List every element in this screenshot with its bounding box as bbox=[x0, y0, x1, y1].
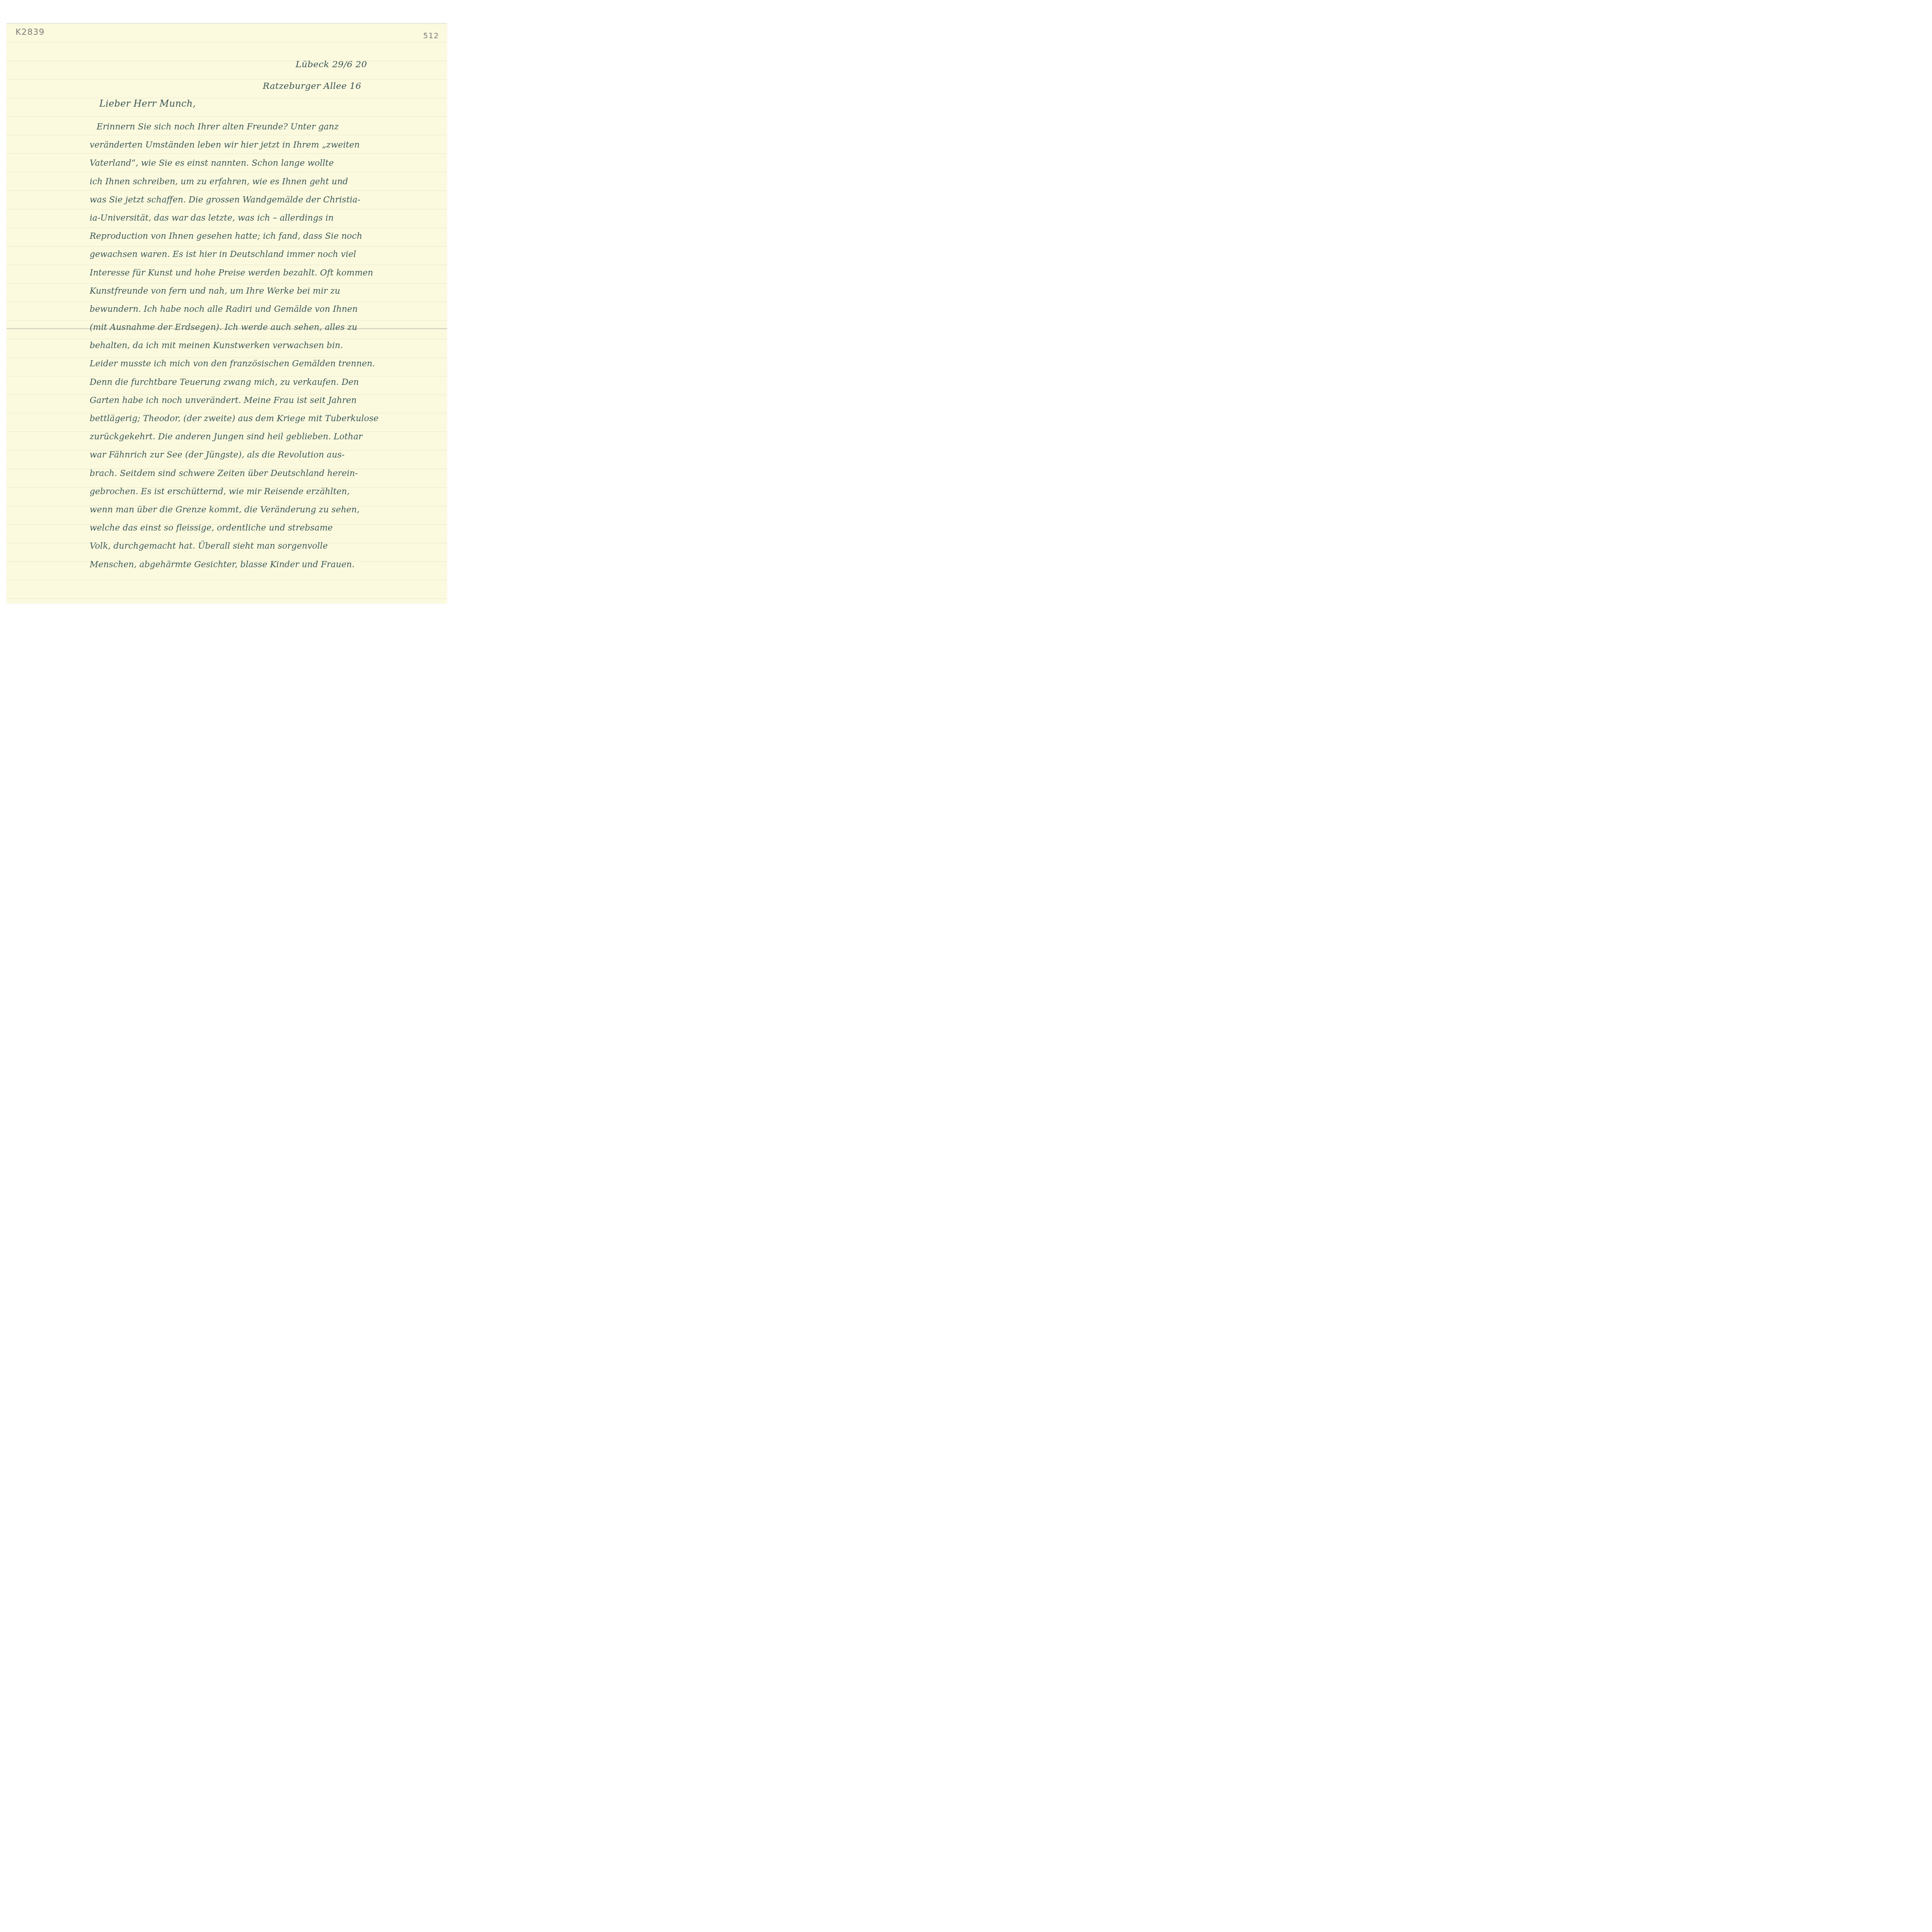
dateline: Lübeck 29/6 20 bbox=[296, 60, 367, 70]
letter-line: behalten, da ich mit meinen Kunstwerken … bbox=[90, 337, 447, 355]
letter-line: ia-Universität, das war das letzte, was … bbox=[90, 209, 447, 227]
salutation: Lieber Herr Munch, bbox=[99, 98, 196, 109]
letter-line: bewundern. Ich habe noch alle Radiri und… bbox=[90, 300, 447, 318]
letter-line: ich Ihnen schreiben, um zu erfahren, wie… bbox=[90, 173, 447, 191]
letter-body: Erinnern Sie sich noch Ihrer alten Freun… bbox=[90, 118, 447, 574]
letter-line: was Sie jetzt schaffen. Die grossen Wand… bbox=[90, 191, 447, 209]
letter-line: Reproduction von Ihnen gesehen hatte; ic… bbox=[90, 227, 447, 245]
letter-line: Menschen, abgehärmte Gesichter, blasse K… bbox=[90, 556, 447, 574]
letter-line: Vaterland“, wie Sie es einst nannten. Sc… bbox=[90, 154, 447, 172]
sender-address: Ratzeburger Allee 16 bbox=[263, 81, 361, 91]
letter-line: (mit Ausnahme der Erdsegen). Ich werde a… bbox=[90, 318, 447, 337]
letter-line: Interesse für Kunst und hohe Preise werd… bbox=[90, 264, 447, 282]
page-number: 512 bbox=[423, 31, 439, 40]
letter-line: veränderten Umständen leben wir hier jet… bbox=[90, 136, 447, 154]
archive-id: K2839 bbox=[15, 27, 44, 37]
letter-line: zurückgekehrt. Die anderen Jungen sind h… bbox=[90, 428, 447, 446]
letter-line: bettlägerig; Theodor, (der zweite) aus d… bbox=[90, 410, 447, 428]
letter-line: Garten habe ich noch unverändert. Meine … bbox=[90, 391, 447, 410]
letter-line: gebrochen. Es ist erschütternd, wie mir … bbox=[90, 483, 447, 501]
letter-line: wenn man über die Grenze kommt, die Verä… bbox=[90, 501, 447, 519]
letter-line: welche das einst so fleissige, ordentlic… bbox=[90, 519, 447, 537]
letter-sheet: K2839 512 Lübeck 29/6 20 Ratzeburger All… bbox=[7, 23, 447, 604]
letter-line: gewachsen waren. Es ist hier in Deutschl… bbox=[90, 245, 447, 264]
letter-line: Leider musste ich mich von den französis… bbox=[90, 355, 447, 373]
letter-line: brach. Seitdem sind schwere Zeiten über … bbox=[90, 464, 447, 483]
letter-line: war Fähnrich zur See (der Jüngste), als … bbox=[90, 446, 447, 464]
letter-line: Kunstfreunde von fern und nah, um Ihre W… bbox=[90, 282, 447, 300]
letter-line: Erinnern Sie sich noch Ihrer alten Freun… bbox=[90, 118, 447, 136]
letter-line: Volk, durchgemacht hat. Überall sieht ma… bbox=[90, 537, 447, 555]
letter-line: Denn die furchtbare Teuerung zwang mich,… bbox=[90, 373, 447, 391]
